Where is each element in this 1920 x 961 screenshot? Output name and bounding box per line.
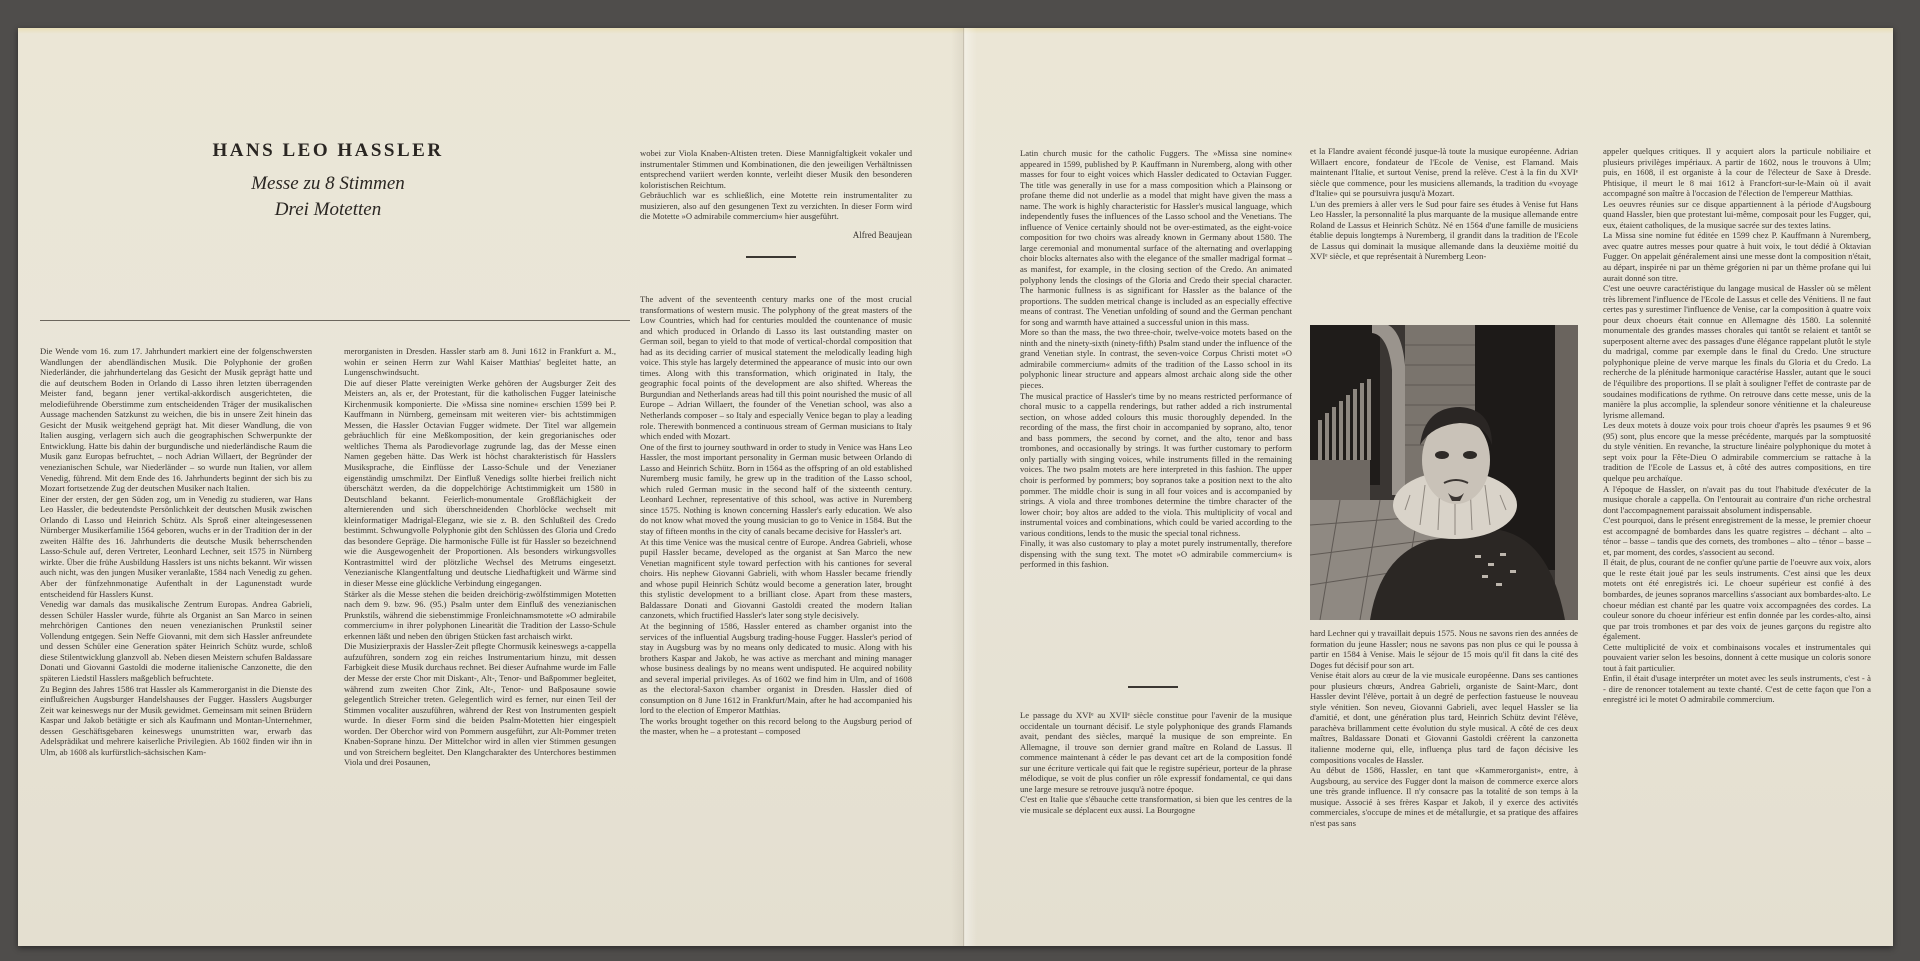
paragraph: et la Flandre avaient fécondé jusque-là … xyxy=(1310,146,1578,199)
french-column-3: appeler quelques critiques. Il y acquier… xyxy=(1603,146,1871,705)
paragraph: Finally, it was also customary to play a… xyxy=(1020,538,1292,570)
paragraph: C'est en Italie que s'ébauche cette tran… xyxy=(1020,794,1292,815)
section-divider xyxy=(1128,686,1178,688)
paragraph: At this time Venice was the musical cent… xyxy=(640,537,912,621)
english-column-1: The advent of the seventeenth century ma… xyxy=(640,294,912,737)
paragraph: Les deux motets à douze voix pour trois … xyxy=(1603,420,1871,483)
paragraph: The musical practice of Hassler's time b… xyxy=(1020,391,1292,539)
paragraph: Enfin, il était d'usage interpréter un m… xyxy=(1603,673,1871,705)
paragraph: Venedig war damals das musikalische Zent… xyxy=(40,599,312,683)
author-signature: Alfred Beaujean xyxy=(640,230,912,241)
french-column-1: Le passage du XVIᵉ au XVIIᵉ siècle const… xyxy=(1020,710,1292,815)
german-column-2: merorganisten in Dresden. Hassler starb … xyxy=(344,346,616,768)
paragraph: appeler quelques critiques. Il y acquier… xyxy=(1603,146,1871,199)
paragraph: hard Lechner qui y travaillait depuis 15… xyxy=(1310,628,1578,670)
composer-portrait-image xyxy=(1310,325,1578,620)
french-column-2-top: et la Flandre avaient fécondé jusque-là … xyxy=(1310,146,1578,262)
french-column-2-bottom: hard Lechner qui y travaillait depuis 15… xyxy=(1310,628,1578,828)
center-fold xyxy=(951,28,977,946)
paragraph: La Missa sine nomine fut éditée en 1599 … xyxy=(1603,230,1871,283)
paragraph: L'un des premiers à aller vers le Sud po… xyxy=(1310,199,1578,262)
paragraph: wobei zur Viola Knaben-Altisten treten. … xyxy=(640,148,912,190)
work-title-motets: Drei Motetten xyxy=(178,197,478,223)
english-column-2: Latin church music for the catholic Fugg… xyxy=(1020,148,1292,570)
paragraph: A l'époque de Hassler, on n'avait pas du… xyxy=(1603,484,1871,516)
paragraph: Die auf dieser Platte vereinigten Werke … xyxy=(344,378,616,589)
work-title-mass: Messe zu 8 Stimmen xyxy=(178,171,478,197)
paragraph: Les oeuvres réunies sur ce disque appart… xyxy=(1603,199,1871,231)
title-block: HANS LEO HASSLER Messe zu 8 Stimmen Drei… xyxy=(178,140,478,223)
header-divider xyxy=(40,320,630,321)
portrait-engraving-icon xyxy=(1310,325,1578,620)
german-column-3: wobei zur Viola Knaben-Altisten treten. … xyxy=(640,148,912,240)
album-insert-spread: HANS LEO HASSLER Messe zu 8 Stimmen Drei… xyxy=(18,28,1893,946)
paragraph: Einer der ersten, der gen Süden zog, um … xyxy=(40,494,312,599)
paragraph: Stärker als die Messe stehen die beiden … xyxy=(344,589,616,642)
paragraph: Il était, de plus, courant de ne confier… xyxy=(1603,557,1871,641)
paragraph: Die Wende vom 16. zum 17. Jahrhundert ma… xyxy=(40,346,312,494)
composer-name: HANS LEO HASSLER xyxy=(178,140,478,162)
paragraph: One of the first to journey southward in… xyxy=(640,442,912,537)
paragraph: Latin church music for the catholic Fugg… xyxy=(1020,148,1292,327)
paragraph: C'est pourquoi, dans le présent enregist… xyxy=(1603,515,1871,557)
paragraph: merorganisten in Dresden. Hassler starb … xyxy=(344,346,616,378)
paragraph: The advent of the seventeenth century ma… xyxy=(640,294,912,442)
paragraph: Gebräuchlich war es schließlich, eine Mo… xyxy=(640,190,912,222)
paragraph: Venise était alors au cœur de la vie mus… xyxy=(1310,670,1578,765)
paragraph: Die Musizierpraxis der Hassler-Zeit pfle… xyxy=(344,641,616,768)
german-column-1: Die Wende vom 16. zum 17. Jahrhundert ma… xyxy=(40,346,312,757)
paragraph: The works brought together on this recor… xyxy=(640,716,912,737)
paragraph: At the beginning of 1586, Hassler entere… xyxy=(640,621,912,716)
paragraph: Cette multiplicité de voix et combinaiso… xyxy=(1603,642,1871,674)
section-divider xyxy=(746,256,796,258)
paragraph: Zu Beginn des Jahres 1586 trat Hassler a… xyxy=(40,684,312,758)
paragraph: Au début de 1586, Hassler, en tant que «… xyxy=(1310,765,1578,828)
paragraph: C'est une oeuvre caractéristique du lang… xyxy=(1603,283,1871,420)
paragraph: More so than the mass, the two three-cho… xyxy=(1020,327,1292,390)
paragraph: Le passage du XVIᵉ au XVIIᵉ siècle const… xyxy=(1020,710,1292,794)
